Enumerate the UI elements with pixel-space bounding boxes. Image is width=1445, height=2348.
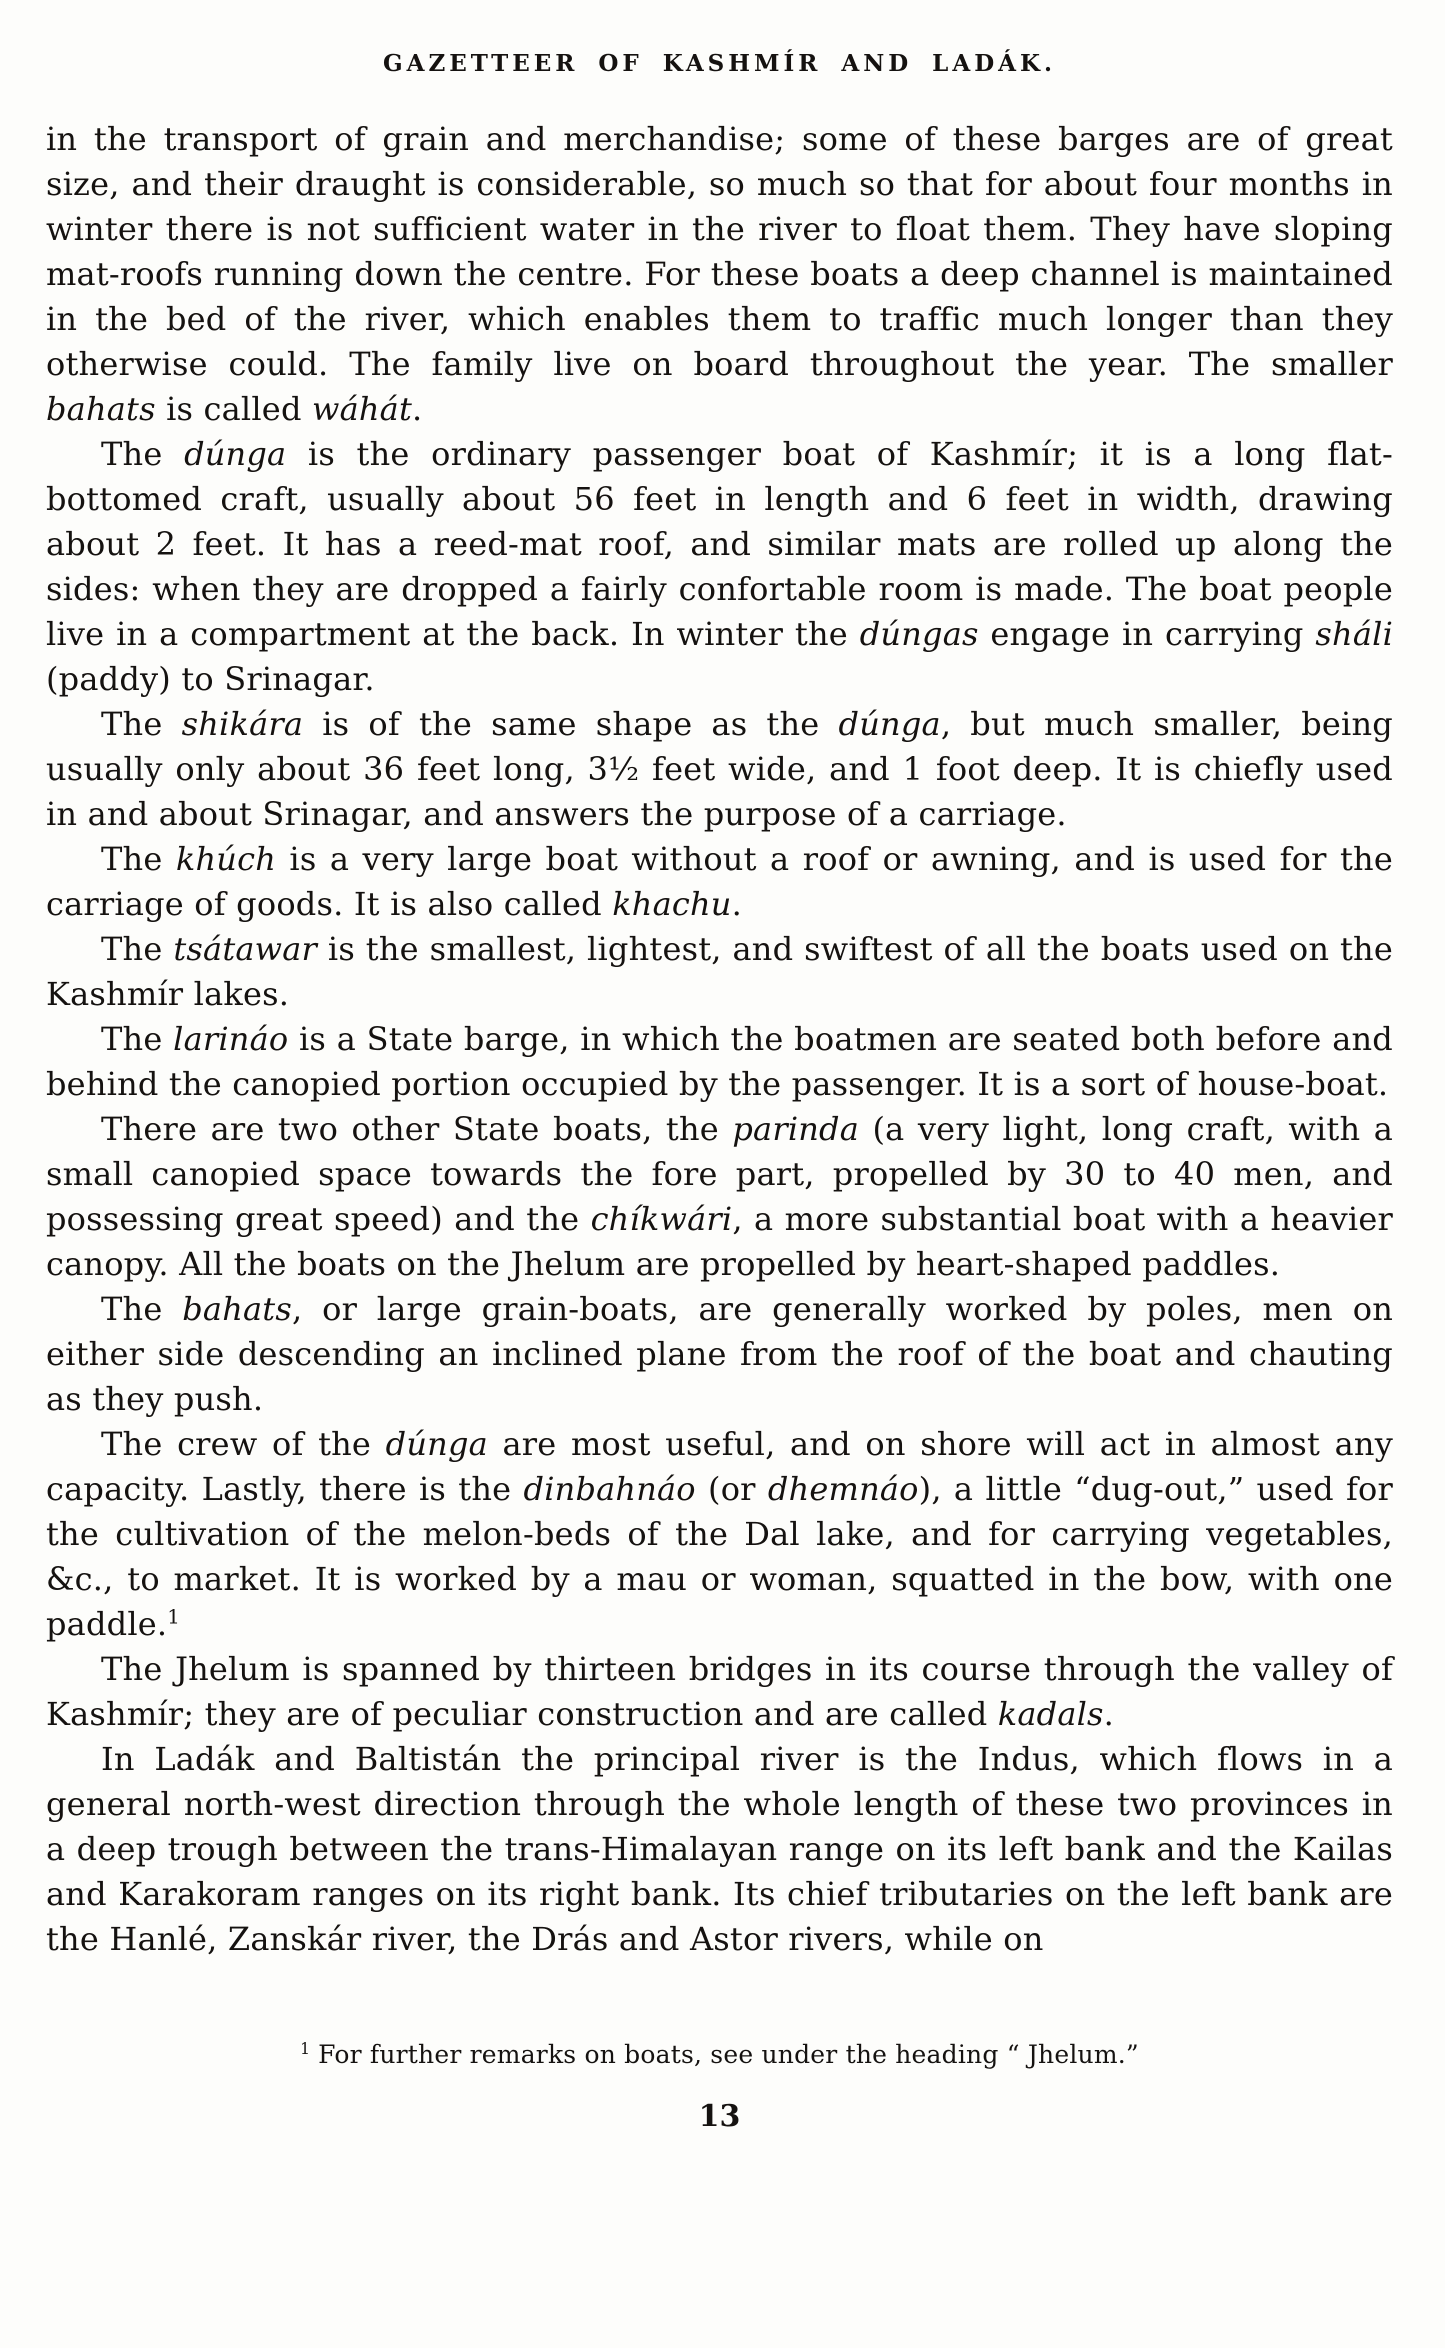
- page-number: 13: [46, 2099, 1393, 2134]
- footnote-marker: 1: [300, 2040, 310, 2058]
- page-body: in the transport of grain and merchandis…: [46, 117, 1393, 1962]
- book-page: GAZETTEER OF KASHMÍR AND LADÁK. in the t…: [0, 0, 1445, 2348]
- paragraph-dunga: The dúnga is the ordinary passenger boat…: [46, 432, 1393, 702]
- footnote: 1For further remarks on boats, see under…: [46, 2040, 1393, 2069]
- paragraph-bahats: The bahats, or large grain-boats, are ge…: [46, 1287, 1393, 1422]
- footnote-text: For further remarks on boats, see under …: [318, 2040, 1139, 2069]
- paragraph-larinao: The larináo is a State barge, in which t…: [46, 1017, 1393, 1107]
- paragraph-khuch: The khúch is a very large boat without a…: [46, 837, 1393, 927]
- paragraph-barges-continuation: in the transport of grain and merchandis…: [46, 117, 1393, 432]
- paragraph-indus: In Ladák and Baltistán the principal riv…: [46, 1737, 1393, 1962]
- paragraph-state-boats: There are two other State boats, the par…: [46, 1107, 1393, 1287]
- paragraph-shikara: The shikára is of the same shape as the …: [46, 702, 1393, 837]
- paragraph-tsatawar: The tsátawar is the smallest, lightest, …: [46, 927, 1393, 1017]
- running-header: GAZETTEER OF KASHMÍR AND LADÁK.: [46, 50, 1393, 77]
- paragraph-jhelum-bridges: The Jhelum is spanned by thirteen bridge…: [46, 1647, 1393, 1737]
- paragraph-crew-dugout: The crew of the dúnga are most useful, a…: [46, 1422, 1393, 1647]
